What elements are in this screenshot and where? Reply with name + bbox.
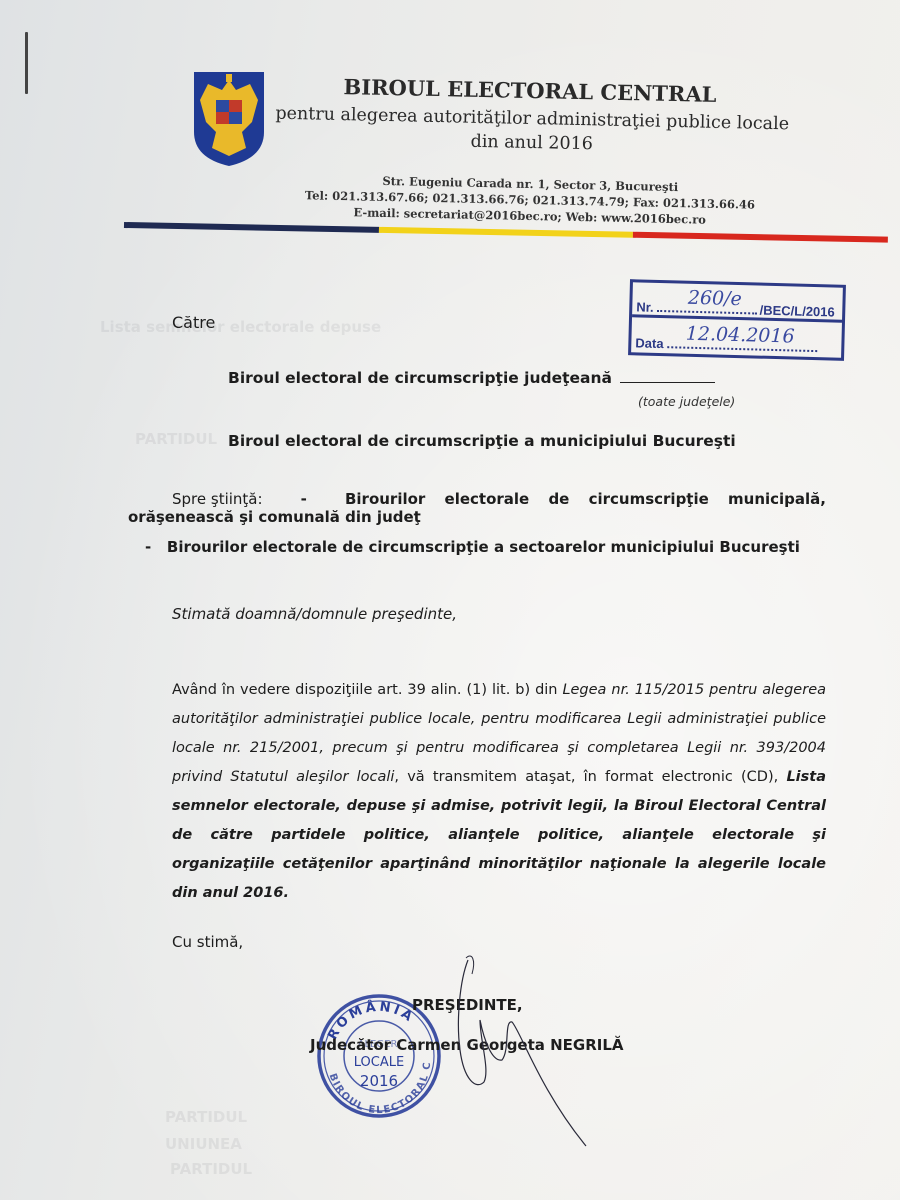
tricolor-red [633, 232, 888, 243]
salutation-to: Către [172, 313, 215, 332]
bleed-through-text: Lista semnelor electorale depuse [100, 318, 381, 336]
addressee-county-note: (toate judeţele) [638, 394, 735, 409]
cc-label: Spre ştiinţă: [172, 490, 263, 508]
body-intro: Având în vedere dispoziţiile art. 39 ali… [172, 682, 562, 698]
registration-stamp: Nr. 260/e /BEC/L/2016 Data 12.04.2016 [628, 279, 846, 361]
letterhead-contact: Str. Eugeniu Carada nr. 1, Sector 3, Buc… [300, 171, 761, 229]
staple-mark [25, 32, 28, 94]
closing: Cu stimă, [172, 933, 243, 951]
bleed-through-text: PARTIDUL [135, 430, 217, 448]
registration-number-dots: 260/e [658, 310, 758, 315]
registration-date-dots: 12.04.2016 [667, 346, 817, 352]
registration-number-suffix: /BEC/L/2016 [759, 303, 835, 320]
registration-date-handwritten: 12.04.2016 [686, 323, 795, 348]
body-transmit: , vă transmitem ataşat, în format electr… [394, 769, 786, 785]
tricolor-rule [124, 222, 888, 243]
letterhead-subtitle: pentru alegerea autorităţilor administra… [272, 102, 793, 161]
handwritten-signature [440, 950, 600, 1150]
cc-item-2: - Birourilor electorale de circumscripţi… [145, 538, 800, 556]
cc-item-2-text: Birourilor electorale de circumscripţie … [167, 538, 800, 556]
cc-line-1: Spre ştiinţă: - Birourilor electorale de… [172, 490, 826, 508]
cc-dash: - [301, 490, 307, 508]
tricolor-blue [124, 222, 379, 233]
bleed-through-text: PARTIDUL [165, 1108, 247, 1126]
registration-date-row: Data 12.04.2016 [631, 317, 842, 355]
registration-number-handwritten: 260/e [688, 287, 742, 310]
addressee-county: Biroul electoral de circumscripţie judeţ… [228, 369, 715, 387]
svg-text:2016: 2016 [360, 1072, 398, 1090]
bleed-through-text: UNIUNEA [165, 1135, 242, 1153]
registration-number-label: Nr. [636, 299, 654, 314]
tricolor-yellow [379, 227, 634, 238]
greeting: Stimată doamnă/domnule preşedinte, [172, 605, 457, 623]
body-paragraph: Având în vedere dispoziţiile art. 39 ali… [172, 676, 826, 908]
scanned-letter-page: Lista semnelor electorale depuse PARTIDU… [0, 0, 900, 1200]
county-blank-line [620, 382, 715, 383]
cc-item-1-line-2: orăşenească şi comunală din judeţ [128, 508, 421, 526]
addressee-county-text: Biroul electoral de circumscripţie judeţ… [228, 369, 612, 387]
svg-text:LOCALE: LOCALE [354, 1055, 404, 1070]
body-emphasis: Lista semnelor electorale, depuse şi adm… [172, 769, 826, 901]
romanian-coat-of-arms-icon [192, 70, 266, 168]
cc-item-1-line-1: Birourilor electorale de circumscripţie … [345, 490, 826, 508]
bleed-through-text: PARTIDUL [170, 1160, 252, 1178]
addressee-bucharest: Biroul electoral de circumscripţie a mun… [228, 432, 736, 450]
registration-date-label: Data [635, 335, 664, 351]
registration-number-row: Nr. 260/e /BEC/L/2016 [632, 282, 843, 322]
